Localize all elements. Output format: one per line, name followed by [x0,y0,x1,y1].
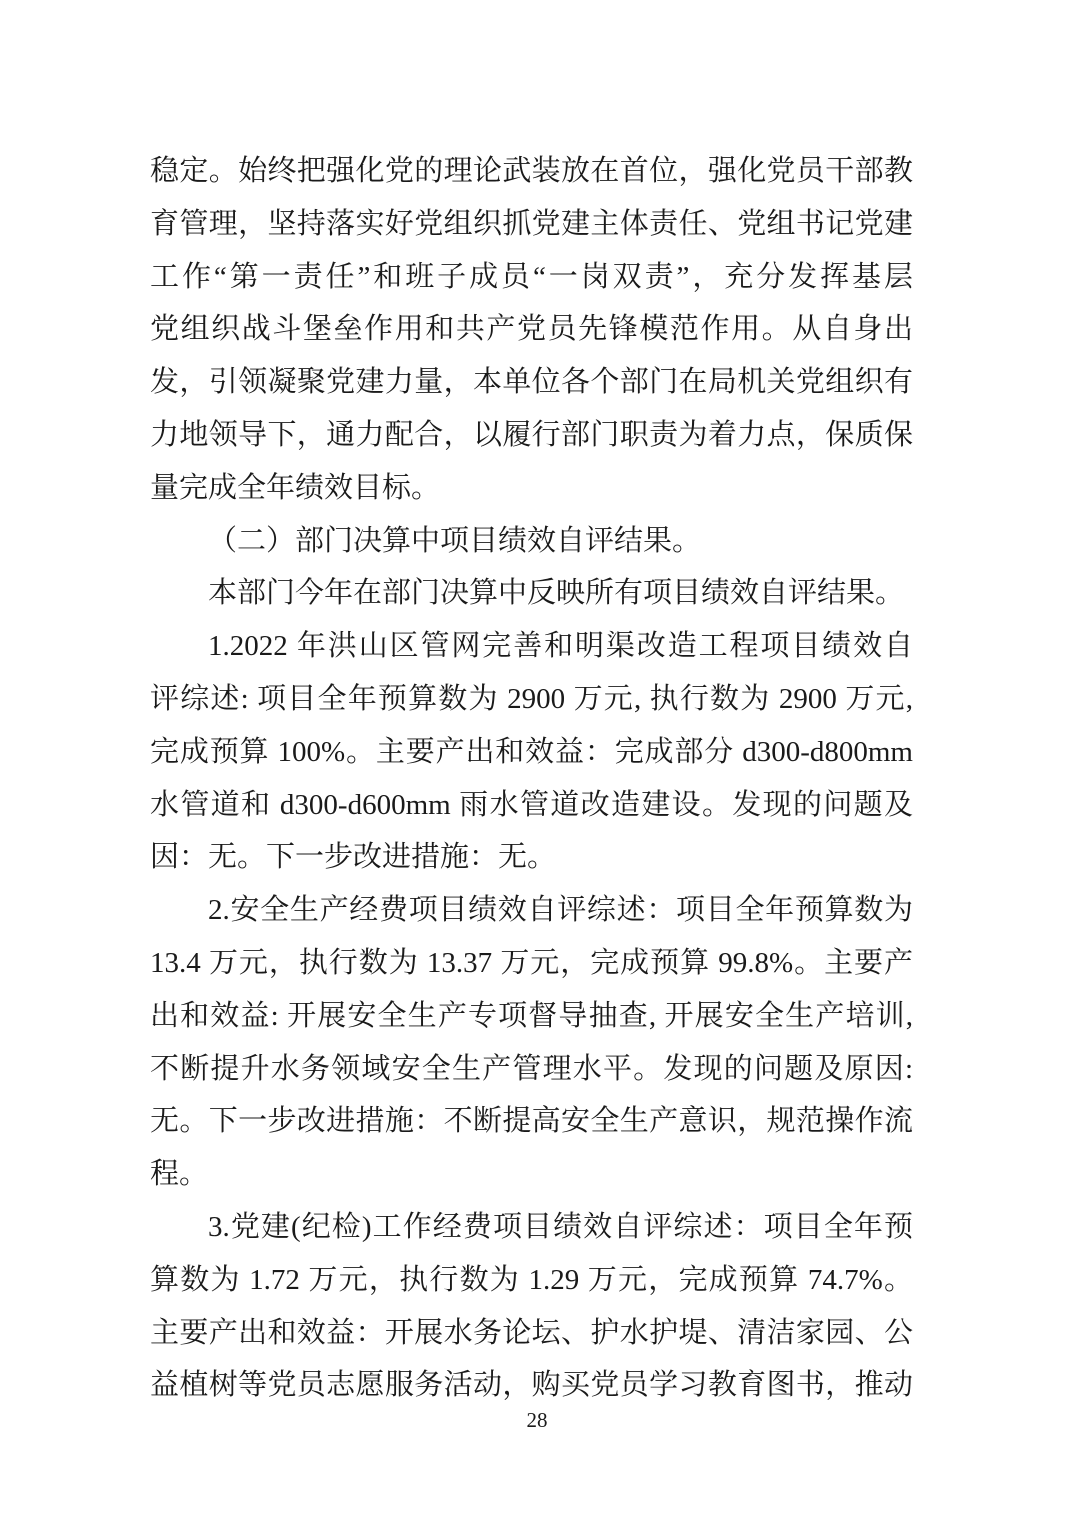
text-line: 13.4 万元，执行数为 13.37 万元，完成预算 99.8%。主要产 [150,937,913,990]
document-body: 稳定。始终把强化党的理论武装放在首位，强化党员干部教育管理，坚持落实好党组织抓党… [150,145,913,1412]
text-line: 本部门今年在部门决算中反映所有项目绩效自评结果。 [150,567,913,620]
page-number: 28 [0,1408,1074,1433]
text-line: 评综述: 项目全年预算数为 2900 万元, 执行数为 2900 万元, [150,673,913,726]
text-line: 1.2022 年洪山区管网完善和明渠改造工程项目绩效自 [150,620,913,673]
text-line: 因：无。下一步改进措施：无。 [150,831,913,884]
text-line: 水管道和 d300-d600mm 雨水管道改造建设。发现的问题及原 [150,779,913,832]
text-line: 2.安全生产经费项目绩效自评综述：项目全年预算数为 [150,884,913,937]
text-line: 出和效益: 开展安全生产专项督导抽查, 开展安全生产培训, [150,990,913,1043]
text-line: 量完成全年绩效目标。 [150,462,913,515]
text-line: 育管理，坚持落实好党组织抓党建主体责任、党组书记党建 [150,198,913,251]
text-line: 3.党建(纪检)工作经费项目绩效自评综述：项目全年预 [150,1201,913,1254]
text-line: 益植树等党员志愿服务活动，购买党员学习教育图书，推动 [150,1359,913,1412]
text-line: 算数为 1.72 万元，执行数为 1.29 万元，完成预算 74.7%。 [150,1254,913,1307]
text-line: 稳定。始终把强化党的理论武装放在首位，强化党员干部教 [150,145,913,198]
text-line: （二）部门决算中项目绩效自评结果。 [150,515,913,568]
text-line: 程。 [150,1148,913,1201]
text-line: 力地领导下，通力配合，以履行部门职责为着力点，保质保 [150,409,913,462]
text-line: 不断提升水务领域安全生产管理水平。发现的问题及原因: [150,1043,913,1096]
text-line: 发，引领凝聚党建力量，本单位各个部门在局机关党组织有 [150,356,913,409]
text-line: 工作“第一责任”和班子成员“一岗双责”，充分发挥基层 [150,251,913,304]
text-line: 党组织战斗堡垒作用和共产党员先锋模范作用。从自身出 [150,303,913,356]
document-page: 稳定。始终把强化党的理论武装放在首位，强化党员干部教育管理，坚持落实好党组织抓党… [0,0,1074,1520]
text-line: 完成预算 100%。主要产出和效益：完成部分 d300-d800mm 污 [150,726,913,779]
text-line: 无。下一步改进措施：不断提高安全生产意识，规范操作流 [150,1095,913,1148]
text-line: 主要产出和效益：开展水务论坛、护水护堤、清洁家园、公 [150,1307,913,1360]
